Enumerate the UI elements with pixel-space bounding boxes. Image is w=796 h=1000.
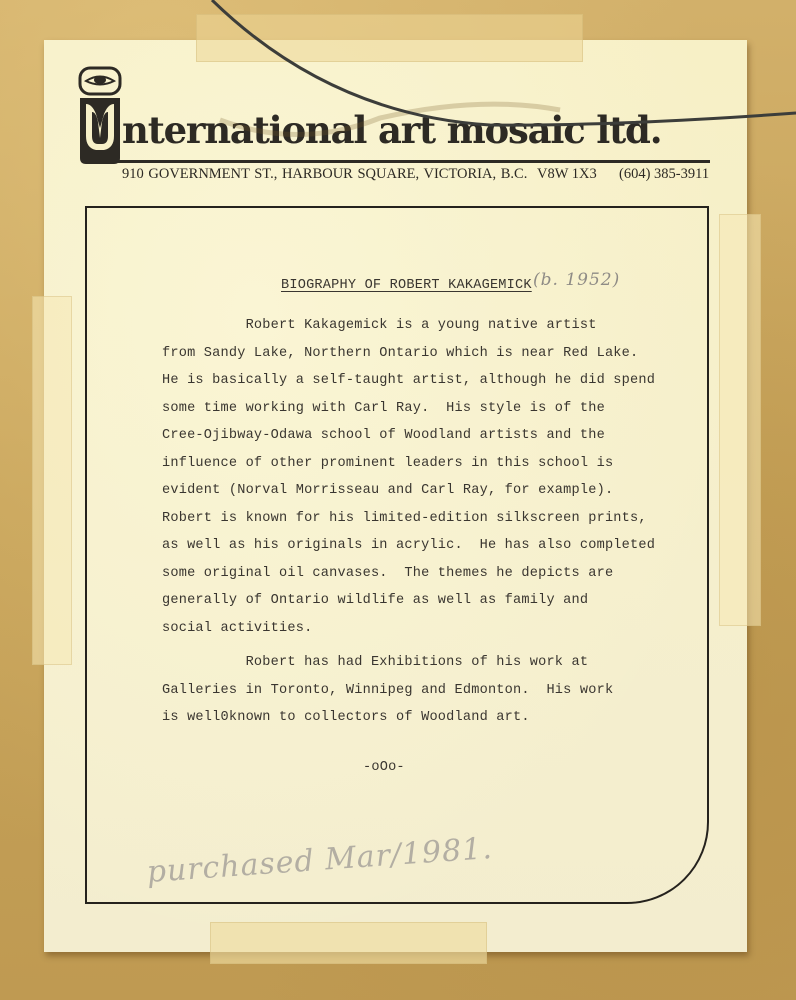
company-address: 910 GOVERNMENT ST., HARBOUR SQUARE, VICT…: [122, 166, 527, 183]
text-line: as well as his originals in acrylic. He …: [162, 538, 655, 553]
text-line: influence of other prominent leaders in …: [162, 456, 613, 471]
text-line: is well0known to collectors of Woodland …: [162, 710, 530, 725]
text-line: from Sandy Lake, Northern Ontario which …: [162, 346, 638, 361]
tape-strip-left: [32, 296, 72, 665]
tape-strip-right: [719, 214, 761, 626]
text-line: Galleries in Toronto, Winnipeg and Edmon…: [162, 683, 613, 698]
end-mark: -oOo-: [363, 760, 405, 775]
document-border: [85, 206, 709, 904]
text-line: Cree-Ojibway-Odawa school of Woodland ar…: [162, 428, 605, 443]
text-line: Robert has had Exhibitions of his work a…: [162, 655, 588, 670]
header-divider: [114, 160, 710, 163]
tape-strip-bottom: [210, 922, 487, 964]
text-line: Robert Kakagemick is a young native arti…: [162, 318, 597, 333]
text-line: evident (Norval Morrisseau and Carl Ray,…: [162, 483, 613, 498]
biography-title: BIOGRAPHY OF ROBERT KAKAGEMICK: [281, 278, 532, 293]
postal-code: V8W 1X3: [537, 166, 597, 183]
text-line: some time working with Carl Ray. His sty…: [162, 401, 605, 416]
text-line: social activities.: [162, 621, 312, 636]
phone-number: (604) 385-3911: [619, 166, 709, 183]
text-line: generally of Ontario wildlife as well as…: [162, 593, 588, 608]
text-line: some original oil canvases. The themes h…: [162, 566, 613, 581]
company-name: nternational art mosaic ltd.: [122, 112, 661, 149]
tape-strip-top: [196, 14, 583, 62]
totem-i-logo-icon: [78, 66, 122, 166]
text-line: Robert is known for his limited-edition …: [162, 511, 647, 526]
text-line: He is basically a self-taught artist, al…: [162, 373, 655, 388]
birth-year-annotation: (b. 1952): [533, 270, 620, 290]
